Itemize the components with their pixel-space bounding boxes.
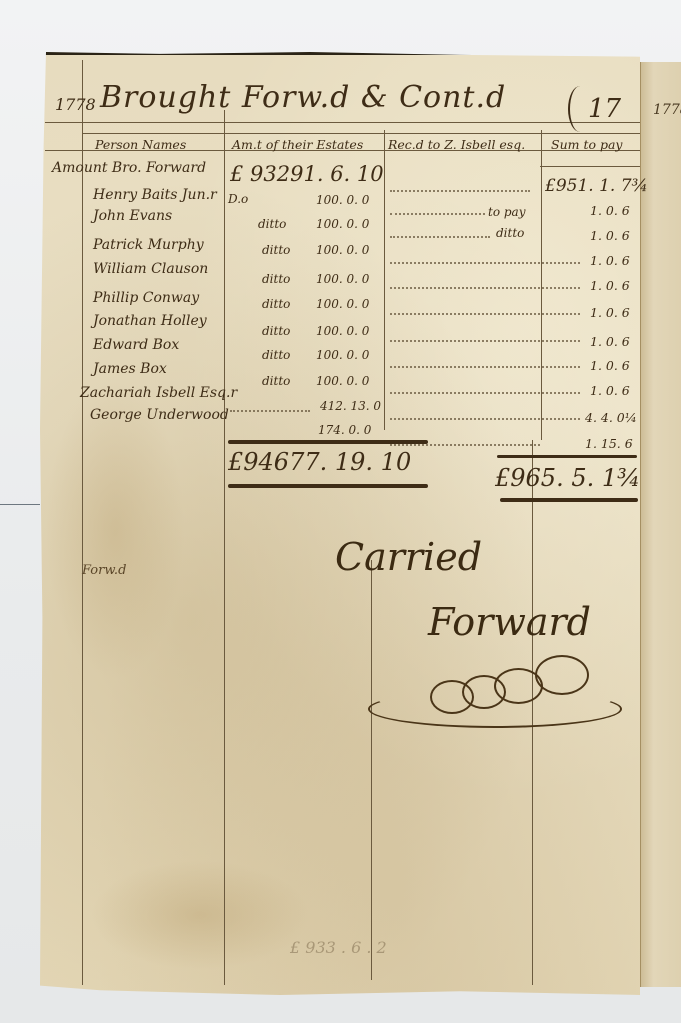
margin-note: Forw.d (82, 563, 126, 578)
row-sum-to-pay: 1. 0. 6 (590, 203, 630, 218)
row-sum-to-pay: 1. 15. 6 (585, 436, 633, 451)
bleed-through-text: £ 933 . 6 . 2 (290, 938, 387, 957)
column-divider-estates (384, 130, 385, 430)
row-estate-amount: 100. 0. 0 (316, 243, 369, 257)
row-name: Phillip Conway (93, 290, 199, 306)
carried-label: Carried (335, 535, 482, 579)
row-estate-amount: 100. 0. 0 (316, 217, 369, 231)
row-sum-to-pay: 4. 4. 0¼ (585, 410, 637, 425)
leader-dots (390, 418, 580, 420)
row-estate-amount: 100. 0. 0 (316, 193, 369, 207)
column-header-rule-top (82, 133, 640, 134)
forward-label: Forward (428, 600, 591, 644)
row-estate-amount: 100. 0. 0 (316, 348, 369, 362)
leader-dots (390, 190, 530, 192)
row-sum-to-pay: 1. 0. 6 (590, 228, 630, 243)
leader-dots (390, 262, 580, 264)
row-estate-amount: 100. 0. 0 (316, 272, 369, 286)
water-stain (90, 860, 310, 970)
sum-total-rule-top (497, 455, 637, 458)
row-estate-amount: 100. 0. 0 (316, 374, 369, 388)
estates-total: £94677. 19. 10 (228, 448, 411, 476)
row-estate-amount: 174. 0. 0 (318, 423, 371, 437)
row-sum-to-pay: 1. 0. 6 (590, 334, 630, 349)
row-ditto-mark: ditto (262, 348, 290, 362)
row-name: William Clauson (93, 261, 208, 277)
sum-total-rule-bottom (500, 498, 638, 502)
adjacent-page-year: 1778 (653, 102, 681, 118)
sum-to-pay-total: £965. 5. 1¾ (495, 464, 640, 492)
row-name: Zachariah Isbell Esq.r (80, 385, 237, 401)
leader-dots (390, 313, 580, 315)
heading-rule (45, 122, 640, 123)
row-sum-to-pay: 1. 0. 6 (590, 253, 630, 268)
row-ditto-mark: D.o (228, 192, 248, 206)
leader-dots (390, 366, 580, 368)
row-name: Edward Box (93, 337, 179, 353)
row-received: ditto (496, 226, 524, 240)
background-seam (0, 504, 40, 505)
row-ditto-mark: ditto (262, 243, 290, 257)
column-header-received: Rec.d to Z. Isbell esq. (388, 137, 525, 152)
flourish-loop (535, 655, 589, 695)
row-ditto-mark: ditto (262, 324, 290, 338)
row-estate-amount: 100. 0. 0 (316, 324, 369, 338)
row-name: Amount Bro. Forward (52, 160, 206, 176)
leader-dots (390, 287, 580, 289)
leader-dots (390, 236, 490, 238)
row-estate-amount: 100. 0. 0 (316, 297, 369, 311)
row-name: Patrick Murphy (93, 237, 204, 253)
row-ditto-mark: ditto (262, 272, 290, 286)
column-header-names: Person Names (95, 137, 186, 152)
row-ditto-mark: ditto (262, 297, 290, 311)
row-sum-to-pay: 1. 0. 6 (590, 278, 630, 293)
leader-dots (230, 410, 310, 412)
row-name: Jonathan Holley (93, 313, 207, 329)
total-rule-top (228, 440, 428, 444)
leader-dots (390, 340, 580, 342)
folio-number: 17 (568, 90, 616, 134)
row-received: to pay (488, 205, 525, 219)
row-name: George Underwood (90, 407, 229, 423)
adjacent-page-edge: 1778 (640, 62, 681, 987)
row-ditto-mark: ditto (258, 217, 286, 231)
flourish-swash (368, 690, 622, 728)
row-sum-to-pay: 1. 0. 6 (590, 305, 630, 320)
leader-dots (390, 392, 580, 394)
column-divider-names (224, 110, 225, 985)
row-sum-to-pay: £951. 1. 7¾ (545, 176, 648, 196)
row-name: Henry Baits Jun.r (93, 187, 217, 203)
column-header-sum-to-pay: Sum to pay (551, 137, 622, 152)
water-stain (45, 380, 185, 680)
row-sum-to-pay: 1. 0. 6 (590, 383, 630, 398)
row-estate-amount: £ 93291. 6. 10 (230, 162, 384, 186)
column-divider-estates-lower (371, 560, 372, 980)
leader-dots (390, 213, 485, 215)
row-name: James Box (93, 361, 167, 377)
year-label: 1778 (55, 95, 96, 114)
row-sum-to-pay: 1. 0. 6 (590, 358, 630, 373)
column-header-estates: Am.t of their Estates (232, 137, 363, 152)
column-header-rule-sub (540, 166, 640, 167)
row-ditto-mark: ditto (262, 374, 290, 388)
row-estate-amount: 412. 13. 0 (320, 399, 381, 413)
total-rule-bottom (228, 484, 428, 488)
margin-line (82, 60, 83, 985)
leader-dots (390, 444, 540, 446)
row-name: John Evans (93, 208, 172, 224)
page-heading: Brought Forw.d & Cont.d (100, 80, 506, 115)
